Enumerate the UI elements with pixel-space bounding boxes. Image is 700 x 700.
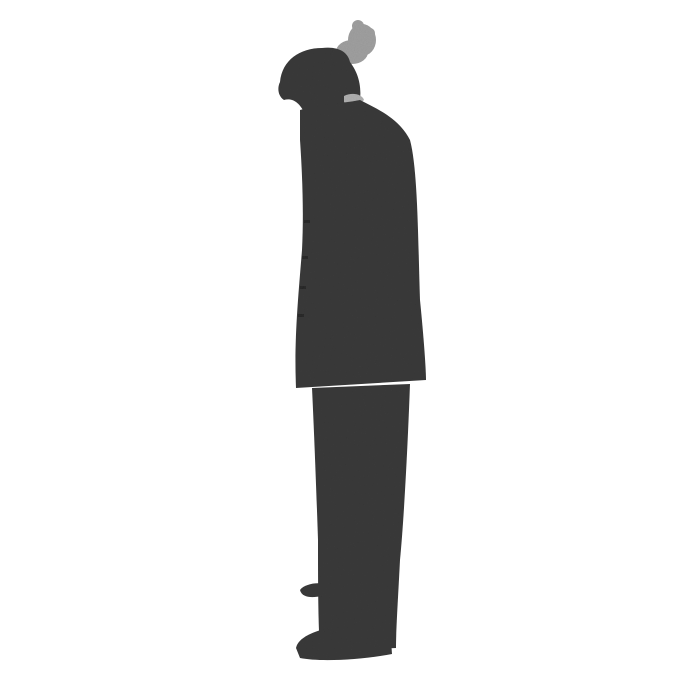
photo-scene xyxy=(0,0,700,700)
jacket xyxy=(295,100,426,388)
front-shoe xyxy=(296,626,392,660)
standing-figure xyxy=(0,0,700,700)
trousers xyxy=(312,384,410,652)
back-shoe xyxy=(300,583,322,597)
